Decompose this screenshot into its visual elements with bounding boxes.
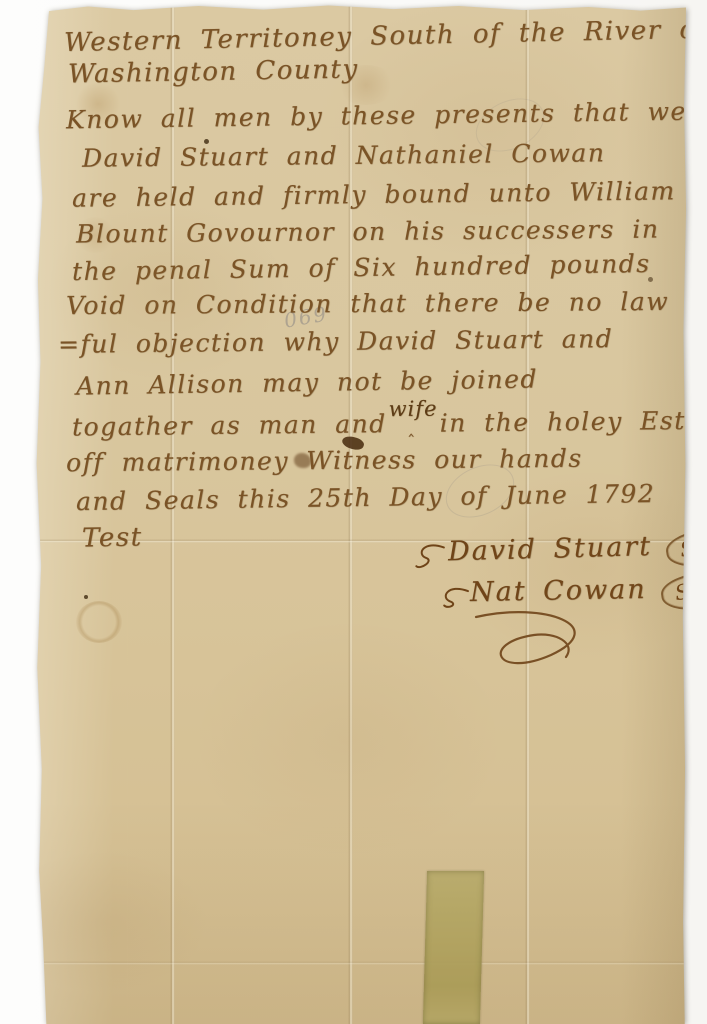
- ink-speck: [84, 595, 88, 599]
- signature-row-david-stuart: David StuartSeal: [414, 529, 707, 574]
- fold-line-horizontal: [36, 961, 686, 965]
- manuscript-line: Know all men by these presents that we: [66, 97, 687, 135]
- heading-line-territory: Western Territoney South of the River oh…: [64, 14, 707, 58]
- test-attestation-label: Test: [82, 522, 143, 553]
- manuscript-line: Blount Govournor on his successers in: [76, 214, 660, 248]
- signature-name: David Stuart: [448, 531, 653, 567]
- signature-name: Nat Cowan: [470, 574, 647, 608]
- insertion-before-text: togather as man and: [72, 409, 387, 441]
- signature-paraph-icon: [414, 541, 449, 572]
- manuscript-line: off matrimoney Witness our hands: [66, 444, 583, 478]
- manuscript-paper: 069 Western Territoney South of the Rive…: [36, 5, 686, 1024]
- manuscript-line: Ann Allison may not be joined: [76, 364, 538, 400]
- scanned-document: 069 Western Territoney South of the Rive…: [0, 0, 707, 1024]
- manuscript-line-insertion: togather as man andwifein the holey Esta…: [72, 406, 707, 442]
- heading-line-county: Washington County: [68, 54, 359, 89]
- inserted-word: wife: [388, 397, 437, 422]
- insertion-after-text: in the holey Estate: [439, 406, 707, 438]
- signature-row-nat-cowan: Nat CowanSeal: [440, 572, 707, 613]
- stain-ring: [76, 601, 122, 643]
- manuscript-line: =ful objection why David Stuart and: [58, 324, 613, 359]
- paper-shadow-wrap: 069 Western Territoney South of the Rive…: [0, 0, 707, 1024]
- manuscript-line: Void on Condition that there be no law: [66, 287, 669, 320]
- manuscript-line: David Stuart and Nathaniel Cowan: [82, 138, 606, 172]
- signature-loop-flourish-icon: [456, 605, 616, 685]
- tape-repair-strip: [423, 871, 484, 1024]
- manuscript-line: the penal Sum of Six hundred pounds: [72, 249, 651, 286]
- signature-paraph-icon: [440, 583, 470, 612]
- seal-scrawl: Seal: [659, 568, 707, 614]
- seal-scrawl: Seal: [664, 524, 707, 571]
- manuscript-line: and Seals this 25th Day of June 1792: [76, 479, 656, 516]
- manuscript-line: are held and firmly bound unto William: [72, 176, 676, 212]
